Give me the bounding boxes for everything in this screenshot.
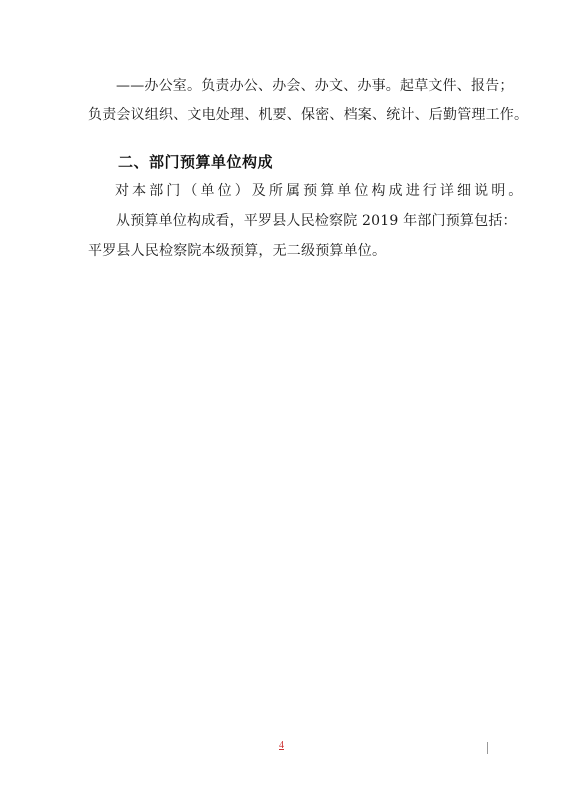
paragraph-budget-composition-line-1: 从预算单位构成看，平罗县人民检察院 2019 年部门预算包括： bbox=[116, 212, 492, 230]
paragraph-budget-composition-line-2: 平罗县人民检察院本级预算，无二级预算单位。 bbox=[88, 242, 492, 260]
text-cursor-marker bbox=[487, 742, 488, 754]
document-page: ——办公室。负责办公、办会、办文、办事。起草文件、报告； 负责会议组织、文电处理… bbox=[0, 0, 566, 800]
paragraph-office-duties-line-2: 负责会议组织、文电处理、机要、保密、档案、统计、后勤管理工作。 bbox=[88, 106, 492, 124]
page-number: 4 bbox=[279, 740, 284, 751]
paragraph-office-duties-line-1: ——办公室。负责办公、办会、办文、办事。起草文件、报告； bbox=[116, 77, 492, 95]
paragraph-description: 对本部门（单位）及所属预算单位构成进行详细说明。 bbox=[115, 182, 491, 200]
section-heading: 二、部门预算单位构成 bbox=[118, 152, 273, 172]
